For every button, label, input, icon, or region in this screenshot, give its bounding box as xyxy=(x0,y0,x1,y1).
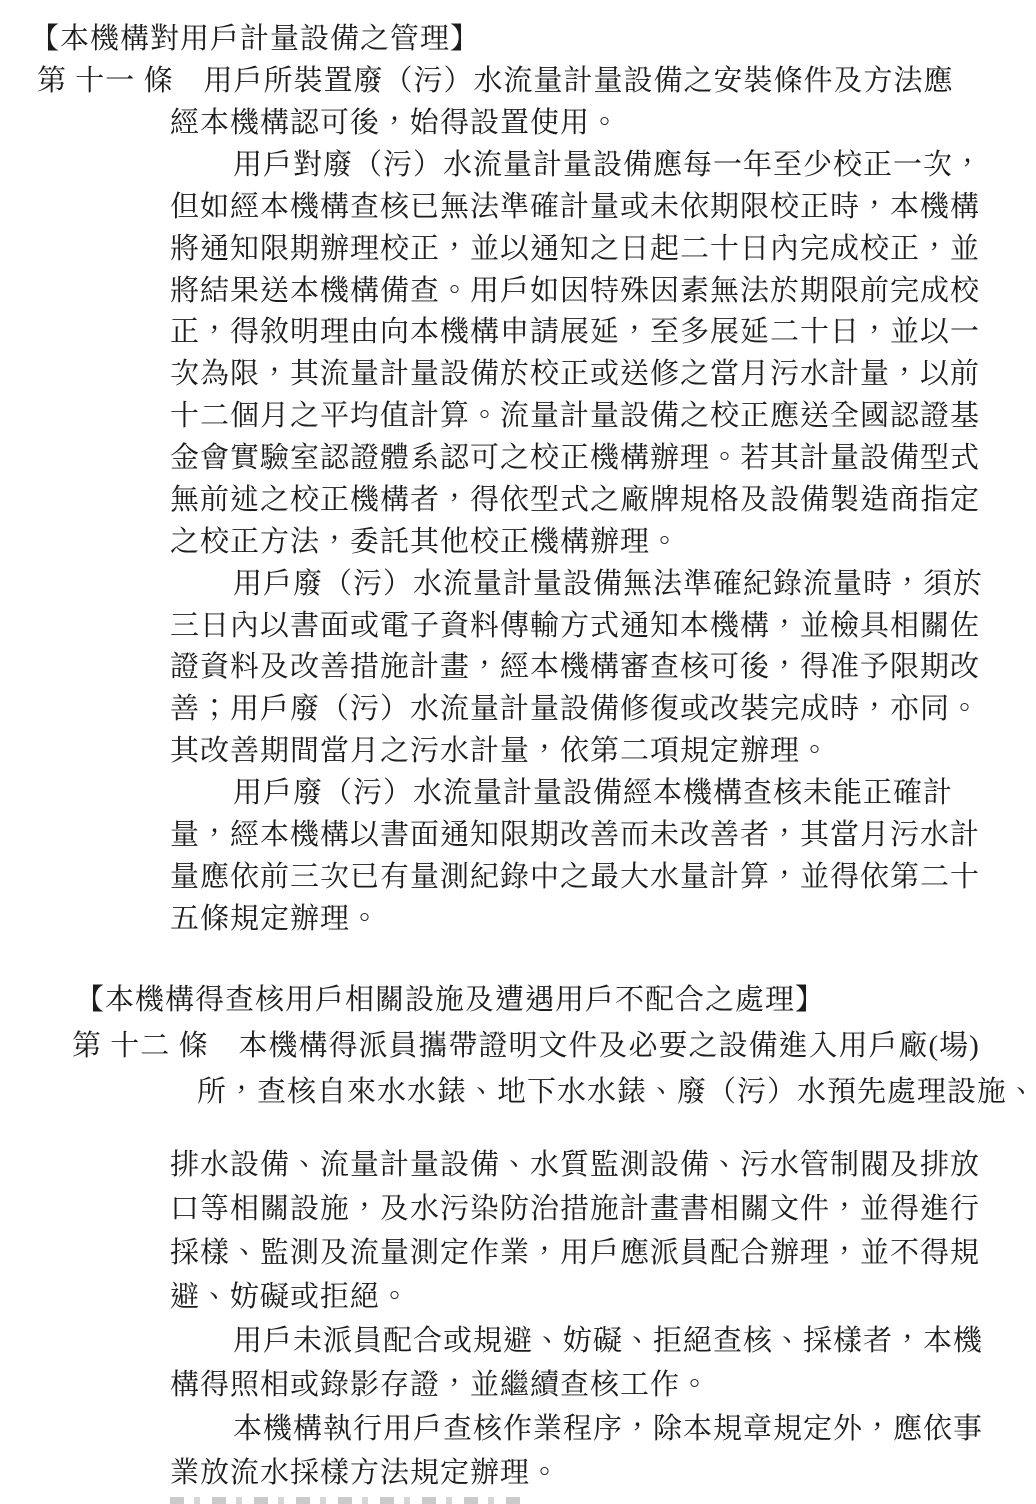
section-heading: 【本機構得查核用戶相關設施及遭遇用戶不配合之處理】 xyxy=(75,985,825,1016)
body-line: 所，查核自來水水錶、地下水水錶、廢（污）水預先處理設施、 xyxy=(197,1077,1036,1108)
body-line: 排水設備、流量計量設備、水質監測設備、污水管制閥及排放 xyxy=(170,1150,980,1181)
body-line: 避、妨礙或拒絕。 xyxy=(170,1282,410,1313)
paragraph-start-line: 用戶未派員配合或規避、妨礙、拒絕查核、採樣者，本機 xyxy=(233,1326,983,1357)
body-line: 金會實驗室認證體系認可之校正機構辦理。若其計量設備型式 xyxy=(170,443,980,474)
body-line: 業放流水採樣方法規定辦理。 xyxy=(170,1458,560,1489)
clipped-next-line-artifact xyxy=(170,1497,522,1504)
body-line: 十二個月之平均值計算。流量計量設備之校正應送全國認證基 xyxy=(170,401,980,432)
body-line: 三日內以書面或電子資料傳輸方式通知本機構，並檢具相關佐 xyxy=(170,611,980,642)
body-line: 無前述之校正機構者，得依型式之廠牌規格及設備製造商指定 xyxy=(170,485,980,516)
section-heading: 【本機構對用戶計量設備之管理】 xyxy=(30,24,480,55)
article-first-line: 第 十二 條 本機構得派員攜帶證明文件及必要之設備進入用戶廠(場) xyxy=(72,1031,980,1062)
body-line: 將通知限期辦理校正，並以通知之日起二十日內完成校正，並 xyxy=(170,234,980,265)
paragraph-start-line: 用戶對廢（污）水流量計量設備應每一年至少校正一次， xyxy=(233,150,983,181)
document-page: 【本機構對用戶計量設備之管理】第 十一 條 用戶所裝置廢（污）水流量計量設備之安… xyxy=(0,0,1036,1504)
body-line: 採樣、監測及流量測定作業，用戶應派員配合辦理，並不得規 xyxy=(170,1238,980,1269)
body-line: 經本機構認可後，始得設置使用。 xyxy=(170,108,620,139)
article-first-line: 第 十一 條 用戶所裝置廢（污）水流量計量設備之安裝條件及方法應 xyxy=(37,66,954,97)
body-line: 五條規定辦理。 xyxy=(170,904,380,935)
body-line: 口等相關設施，及水污染防治措施計畫書相關文件，並得進行 xyxy=(170,1194,980,1225)
body-line: 構得照相或錄影存證，並繼續查核工作。 xyxy=(170,1370,710,1401)
body-line: 正，得敘明理由向本機構申請展延，至多展延二十日，並以一 xyxy=(170,317,980,348)
body-line: 之校正方法，委託其他校正機構辦理。 xyxy=(170,527,680,558)
body-line: 但如經本機構查核已無法準確計量或未依期限校正時，本機構 xyxy=(170,192,980,223)
paragraph-start-line: 用戶廢（污）水流量計量設備經本機構查核未能正確計 xyxy=(233,778,953,809)
paragraph-start-line: 用戶廢（污）水流量計量設備無法準確紀錄流量時，須於 xyxy=(233,569,983,600)
paragraph-start-line: 本機構執行用戶查核作業程序，除本規章規定外，應依事 xyxy=(233,1414,983,1445)
body-line: 將結果送本機構備查。用戶如因特殊因素無法於期限前完成校 xyxy=(170,276,980,307)
body-line: 其改善期間當月之污水計量，依第二項規定辦理。 xyxy=(170,736,830,767)
body-line: 證資料及改善措施計畫，經本機構審查核可後，得准予限期改 xyxy=(170,652,980,683)
body-line: 量，經本機構以書面通知限期改善而未改善者，其當月污水計 xyxy=(170,820,980,851)
body-line: 次為限，其流量計量設備於校正或送修之當月污水計量，以前 xyxy=(170,359,980,390)
body-line: 善；用戶廢（污）水流量計量設備修復或改裝完成時，亦同。 xyxy=(170,694,980,725)
body-line: 量應依前三次已有量測紀錄中之最大水量計算，並得依第二十 xyxy=(170,862,980,893)
